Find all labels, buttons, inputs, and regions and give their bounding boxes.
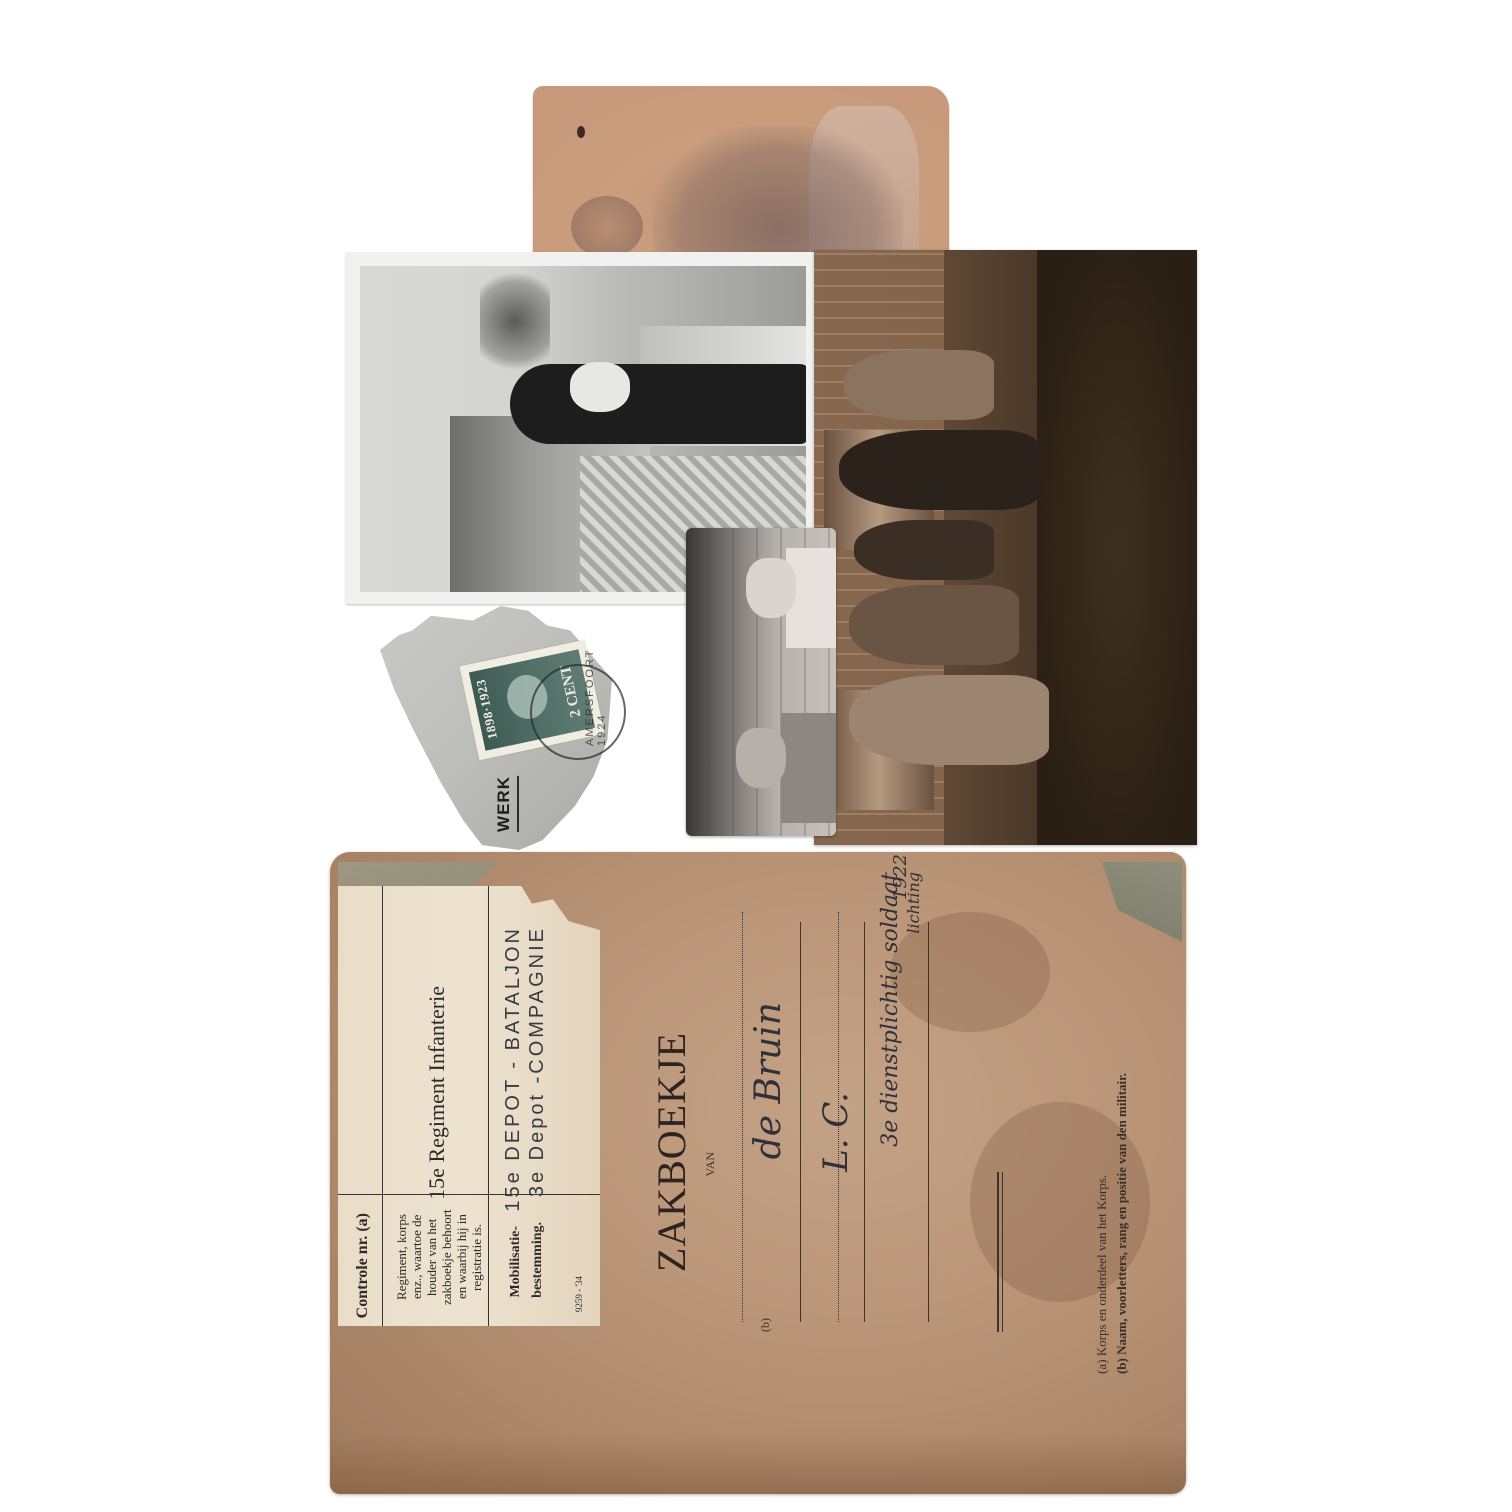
label-heading: Controle nr. (a) [354, 1213, 372, 1318]
short-rule [997, 1172, 999, 1332]
footnote-a: (a) Korps en onderdeel van het Korps. [1094, 1175, 1110, 1374]
label-rule [488, 886, 489, 1326]
person-girl [849, 675, 1049, 765]
control-label: Controle nr. (a) Regiment, korps enz., w… [338, 886, 600, 1326]
garden-plants [1037, 250, 1197, 845]
postmark-text: AMERSFOORT 1924 [584, 686, 604, 746]
person-child-sailor [854, 520, 994, 580]
initials-line [864, 922, 865, 1322]
rank-line [928, 922, 929, 1322]
person-uniformed-man [839, 430, 1039, 510]
zakboekje-pocketbook: Controle nr. (a) Regiment, korps enz., w… [330, 852, 1186, 1494]
stain-spot [577, 126, 585, 138]
name-line [800, 922, 801, 1322]
worn-edge [330, 1434, 1186, 1494]
label-rule [338, 1194, 600, 1195]
handwritten-initials: L. C. [816, 1092, 856, 1172]
cover-title: ZAKBOEKJE [648, 1032, 695, 1272]
soldier-head [736, 728, 786, 788]
sepia-family-photo [814, 250, 1197, 845]
handwritten-name: de Bruin [748, 1002, 789, 1159]
mobilisatie-value-line1: 15e DEPOT - BATALJON [502, 926, 525, 1212]
mobilisatie-label-line2: bestemming. [530, 1222, 546, 1298]
soldier-head [746, 558, 796, 618]
regiment-field-label: Regiment, korps enz., waartoe de houder … [394, 1202, 484, 1312]
handwritten-year: 1922 [890, 854, 911, 900]
person-woman [849, 585, 1019, 665]
envelope-label-text: WERK [494, 776, 519, 832]
mobilisatie-value-line2: 3e Depot -COMPAGNIE [526, 926, 549, 1197]
child [570, 362, 630, 412]
handwritten-rank: 3e dienstplichtig soldaat [878, 872, 903, 1147]
person-man-tie [844, 350, 994, 420]
tree [480, 266, 550, 376]
cloth-corner [1102, 862, 1182, 942]
mobilisatie-label-line1: Mobilisatie- [508, 1226, 524, 1298]
dotted-line [742, 912, 743, 1322]
postmark: AMERSFOORT 1924 [530, 664, 626, 760]
footnote-b: (b) Naam, voorletters, rang en positie v… [1114, 1073, 1130, 1374]
uniformed-man [510, 364, 806, 444]
cover-van: VAN [703, 1152, 718, 1176]
label-rule [382, 886, 383, 1326]
print-code: 9259 - '34 [574, 1276, 584, 1312]
soldier-head [571, 196, 643, 258]
soldier-body [781, 713, 836, 823]
small-photo-two-soldiers [686, 528, 836, 836]
regiment-field-value: 15e Regiment Infanterie [424, 986, 450, 1200]
marker-b: (b) [758, 1318, 773, 1332]
short-rule [1002, 1172, 1003, 1332]
